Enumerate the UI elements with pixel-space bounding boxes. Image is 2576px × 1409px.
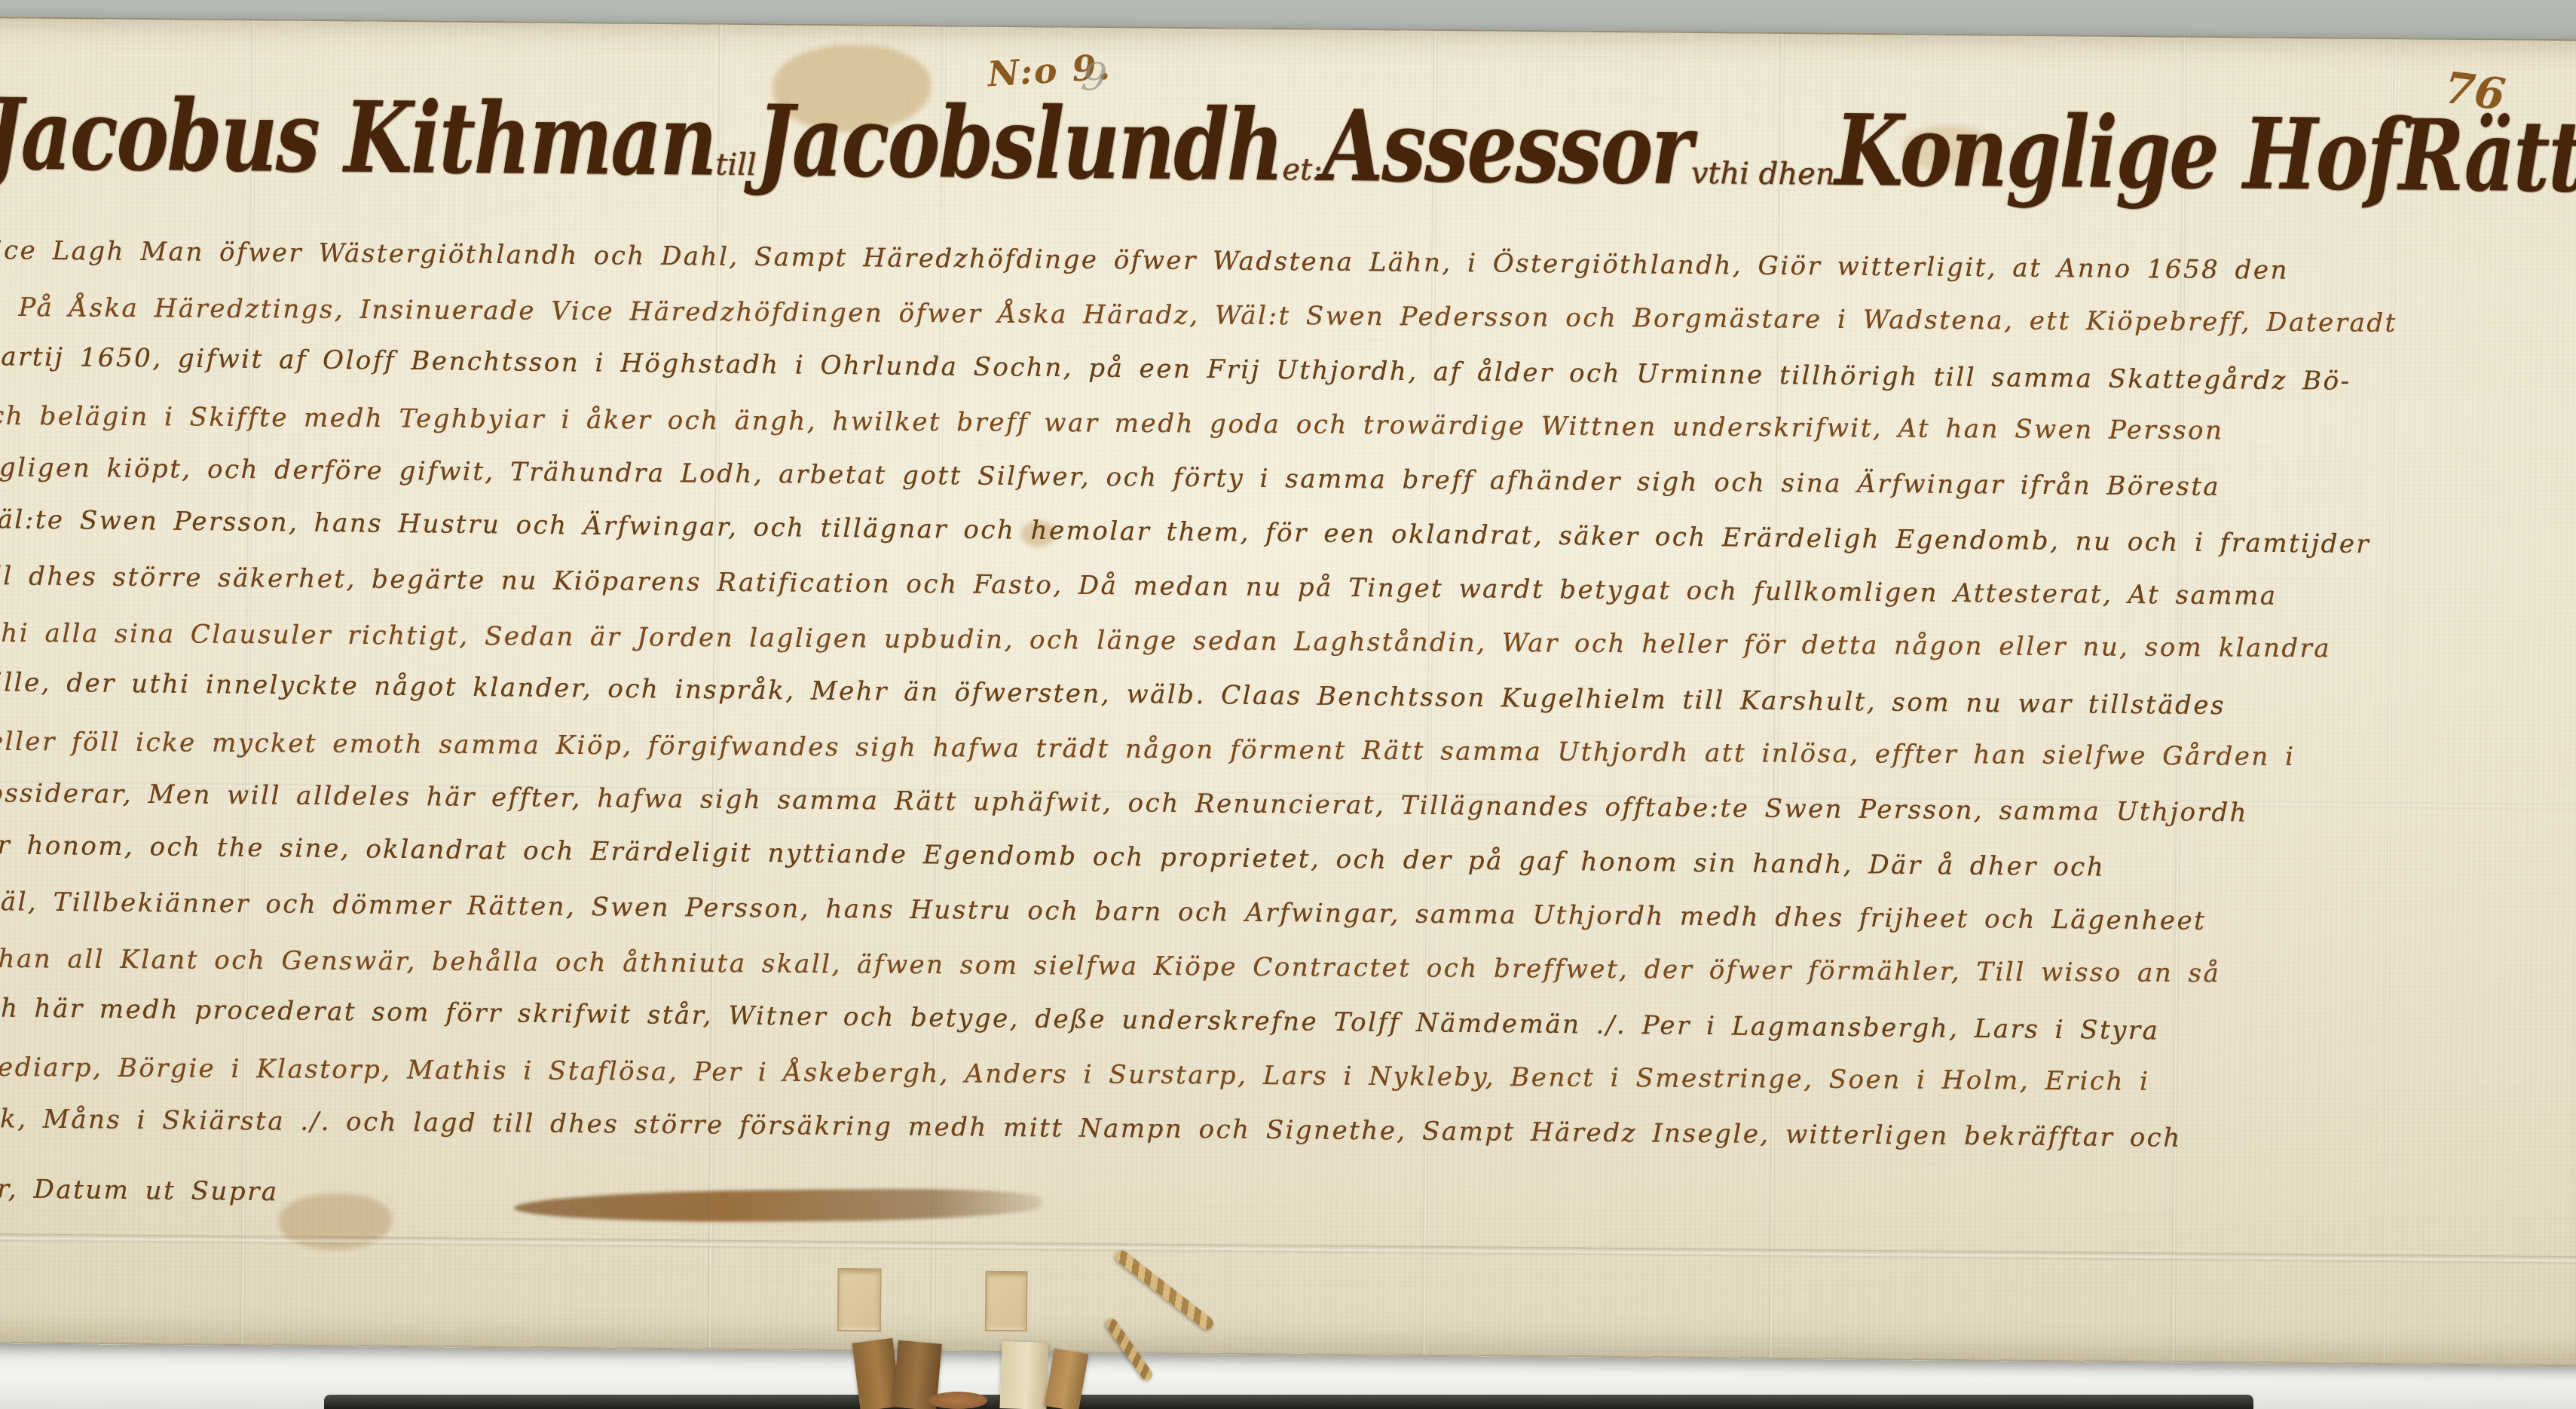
- manuscript-line: uthi alla sina Clausuler richtigt, Sedan…: [0, 614, 2576, 670]
- parchment-document: N:o 9. 9 76 Jacobus Kithman till Jacobsl…: [0, 17, 2576, 1366]
- manuscript-line: rar, Datum ut Supra: [0, 1169, 2576, 1236]
- seal-slit-left: [837, 1268, 882, 1332]
- seal-remnant: [929, 1392, 987, 1409]
- manuscript-line: wille, der uthi innelyckte något klander…: [0, 663, 2576, 729]
- seal-tag-light: [999, 1341, 1048, 1409]
- manuscript-line: skäl, Tillbekiänner och dömmer Rätten, S…: [0, 882, 2576, 944]
- manuscript-line: Vice Lagh Man öfwer Wästergiöthlandh och…: [0, 231, 2576, 293]
- manuscript-line: wik, Måns i Skiärsta ./. och lagd till d…: [0, 1099, 2576, 1161]
- manuscript-line: Wäl:te Swen Persson, hans Hustru och Ärf…: [0, 500, 2576, 566]
- manuscript-line: lagligen kiöpt, och derföre gifwit, Träh…: [0, 448, 2576, 510]
- manuscript-line: ij. På Åska Häredztings, Insinuerade Vic…: [0, 288, 2576, 345]
- manuscript-line: heller föll icke mycket emoth samma Kiöp…: [0, 722, 2576, 779]
- manuscript-line: Martij 1650, gifwit af Oloff Benchtsson …: [0, 337, 2576, 403]
- scan-bed-shadow: [324, 1395, 2253, 1409]
- manuscript-line: uthan all Klant och Genswär, behålla och…: [0, 939, 2576, 996]
- manuscript-line: för honom, och the sine, oklandrat och E…: [0, 825, 2576, 892]
- seal-slit-right: [985, 1271, 1028, 1331]
- manuscript-line: och här medh procederat som förr skrifwi…: [0, 988, 2576, 1055]
- manuscript-body: Vice Lagh Man öfwer Wästergiöthlandh och…: [0, 18, 2576, 1365]
- manuscript-line: och belägin i Skiffte medh Teghbyiar i å…: [0, 397, 2576, 453]
- manuscript-line: Kiediarp, Börgie i Klastorp, Mathis i St…: [0, 1048, 2576, 1104]
- manuscript-line: possiderar, Men will alldeles här effter…: [0, 773, 2576, 835]
- manuscript-line: till dhes större säkerhet, begärte nu Ki…: [0, 556, 2576, 618]
- scanner-background: N:o 9. 9 76 Jacobus Kithman till Jacobsl…: [0, 0, 2576, 1409]
